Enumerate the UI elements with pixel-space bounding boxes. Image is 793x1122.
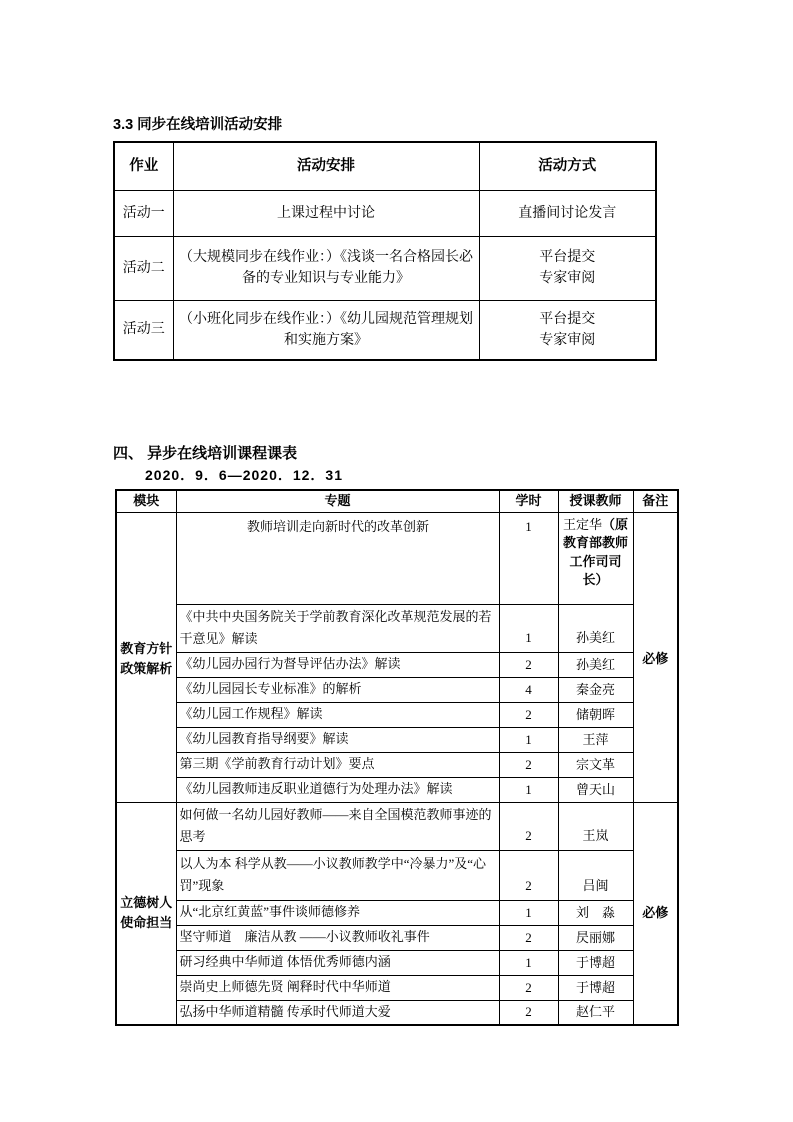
topic-cell: 《幼儿园教育指导纲要》解读 xyxy=(176,727,499,752)
course-row: 立德树人使命担当 如何做一名幼儿园好教师——来自全国模范教师事迹的思考 2 王岚… xyxy=(116,802,678,850)
topic-cell: 《幼儿园园长专业标准》的解析 xyxy=(176,677,499,702)
activity-row-3: 活动三 （小班化同步在线作业：）《幼儿园规范管理规划和实施方案》 平台提交 专家… xyxy=(114,300,656,360)
column-header-hours: 学时 xyxy=(499,490,558,512)
method-line-2: 专家审阅 xyxy=(482,330,654,351)
topic-cell: 第三期《学前教育行动计划》要点 xyxy=(176,752,499,777)
activity-arrangement-cell: （小班化同步在线作业：）《幼儿园规范管理规划和实施方案》 xyxy=(173,300,479,360)
hours-cell: 2 xyxy=(499,652,558,677)
topic-cell: 研习经典中华师道 体悟优秀师德内涵 xyxy=(176,950,499,975)
date-range: 2020．9．6—2020．12．31 xyxy=(145,467,679,484)
activity-table-header-row: 作业 活动安排 活动方式 xyxy=(114,142,656,190)
hours-cell: 2 xyxy=(499,752,558,777)
teacher-cell: 孙美红 xyxy=(558,652,633,677)
hours-cell: 2 xyxy=(499,702,558,727)
note-cell: 必修 xyxy=(633,512,678,802)
hours-cell: 1 xyxy=(499,777,558,802)
course-row: 第三期《学前教育行动计划》要点 2 宗文革 xyxy=(116,752,678,777)
teacher-cell: 王定华（原教育部教师工作司司长） xyxy=(558,512,633,604)
teacher-cell: 王萍 xyxy=(558,727,633,752)
teacher-cell: 曾天山 xyxy=(558,777,633,802)
hours-cell: 1 xyxy=(499,512,558,604)
activity-name-cell: 活动三 xyxy=(114,300,173,360)
topic-cell: 以人为本 科学从教——小议教师教学中“冷暴力”及“心罚”现象 xyxy=(176,850,499,900)
teacher-cell: 昃丽娜 xyxy=(558,925,633,950)
course-row: 以人为本 科学从教——小议教师教学中“冷暴力”及“心罚”现象 2 吕闽 xyxy=(116,850,678,900)
course-row: 弘扬中华师道精髓 传承时代师道大爱 2 赵仁平 xyxy=(116,1000,678,1025)
course-row: 坚守师道 廉洁从教 ——小议教师收礼事件 2 昃丽娜 xyxy=(116,925,678,950)
hours-cell: 2 xyxy=(499,850,558,900)
activity-row-1: 活动一 上课过程中讨论 直播间讨论发言 xyxy=(114,190,656,236)
column-header-teacher: 授课教师 xyxy=(558,490,633,512)
teacher-cell: 赵仁平 xyxy=(558,1000,633,1025)
course-row: 从“北京红黄蓝”事件谈师德修养 1 刘 淼 xyxy=(116,900,678,925)
topic-cell: 《中共中央国务院关于学前教育深化改革规范发展的若干意见》解读 xyxy=(176,604,499,652)
column-header-arrangement: 活动安排 xyxy=(173,142,479,190)
topic-cell: 教师培训走向新时代的改革创新 xyxy=(176,512,499,604)
course-table-header-row: 模块 专题 学时 授课教师 备注 xyxy=(116,490,678,512)
teacher-cell: 宗文革 xyxy=(558,752,633,777)
course-row: 《幼儿园园长专业标准》的解析 4 秦金亮 xyxy=(116,677,678,702)
teacher-cell: 孙美红 xyxy=(558,604,633,652)
hours-cell: 1 xyxy=(499,727,558,752)
module-cell: 教育方针政策解析 xyxy=(116,512,176,802)
teacher-cell: 储朝晖 xyxy=(558,702,633,727)
note-cell: 必修 xyxy=(633,802,678,1025)
teacher-name: 王定华 xyxy=(563,517,602,532)
topic-cell: 如何做一名幼儿园好教师——来自全国模范教师事迹的思考 xyxy=(176,802,499,850)
topic-cell: 崇尚史上师德先贤 阐释时代中华师道 xyxy=(176,975,499,1000)
hours-cell: 2 xyxy=(499,975,558,1000)
activity-arrangement-cell: 上课过程中讨论 xyxy=(173,190,479,236)
activity-row-2: 活动二 （大规模同步在线作业：）《浅谈一名合格园长必备的专业知识与专业能力》 平… xyxy=(114,236,656,300)
hours-cell: 2 xyxy=(499,1000,558,1025)
topic-cell: 坚守师道 廉洁从教 ——小议教师收礼事件 xyxy=(176,925,499,950)
method-line-1: 平台提交 xyxy=(482,247,654,268)
activity-arrangement-cell: （大规模同步在线作业：）《浅谈一名合格园长必备的专业知识与专业能力》 xyxy=(173,236,479,300)
document-content: 3.3 同步在线培训活动安排 作业 活动安排 活动方式 活动一 上课过程中讨论 … xyxy=(113,117,679,1026)
teacher-cell: 吕闽 xyxy=(558,850,633,900)
topic-cell: 《幼儿园工作规程》解读 xyxy=(176,702,499,727)
method-line-1: 平台提交 xyxy=(482,309,654,330)
activity-name-cell: 活动二 xyxy=(114,236,173,300)
topic-cell: 从“北京红黄蓝”事件谈师德修养 xyxy=(176,900,499,925)
teacher-cell: 刘 淼 xyxy=(558,900,633,925)
column-header-module: 模块 xyxy=(116,490,176,512)
module-cell: 立德树人使命担当 xyxy=(116,802,176,1025)
hours-cell: 2 xyxy=(499,925,558,950)
column-header-method: 活动方式 xyxy=(479,142,656,190)
activity-name-cell: 活动一 xyxy=(114,190,173,236)
column-header-note: 备注 xyxy=(633,490,678,512)
column-header-topic: 专题 xyxy=(176,490,499,512)
document-page: 3.3 同步在线培训活动安排 作业 活动安排 活动方式 活动一 上课过程中讨论 … xyxy=(0,0,793,1122)
column-header-assignment: 作业 xyxy=(114,142,173,190)
teacher-cell: 于博超 xyxy=(558,975,633,1000)
hours-cell: 1 xyxy=(499,900,558,925)
method-line-2: 专家审阅 xyxy=(482,268,654,289)
teacher-cell: 于博超 xyxy=(558,950,633,975)
hours-cell: 1 xyxy=(499,950,558,975)
course-table: 模块 专题 学时 授课教师 备注 教育方针政策解析 教师培训走向新时代的改革创新… xyxy=(115,489,679,1026)
activity-method-cell: 直播间讨论发言 xyxy=(479,190,656,236)
course-row: 《中共中央国务院关于学前教育深化改革规范发展的若干意见》解读 1 孙美红 xyxy=(116,604,678,652)
course-row: 《幼儿园工作规程》解读 2 储朝晖 xyxy=(116,702,678,727)
teacher-cell: 秦金亮 xyxy=(558,677,633,702)
topic-cell: 《幼儿园教师违反职业道德行为处理办法》解读 xyxy=(176,777,499,802)
course-row: 《幼儿园办园行为督导评估办法》解读 2 孙美红 xyxy=(116,652,678,677)
topic-cell: 弘扬中华师道精髓 传承时代师道大爱 xyxy=(176,1000,499,1025)
section-3-3-heading: 3.3 同步在线培训活动安排 xyxy=(113,117,679,134)
course-row: 研习经典中华师道 体悟优秀师德内涵 1 于博超 xyxy=(116,950,678,975)
activity-method-cell: 平台提交 专家审阅 xyxy=(479,300,656,360)
course-row: 崇尚史上师德先贤 阐释时代中华师道 2 于博超 xyxy=(116,975,678,1000)
hours-cell: 4 xyxy=(499,677,558,702)
hours-cell: 2 xyxy=(499,802,558,850)
topic-cell: 《幼儿园办园行为督导评估办法》解读 xyxy=(176,652,499,677)
activity-table: 作业 活动安排 活动方式 活动一 上课过程中讨论 直播间讨论发言 活动二 （大规… xyxy=(113,141,657,361)
activity-method-cell: 平台提交 专家审阅 xyxy=(479,236,656,300)
section-4-heading: 四、 异步在线培训课程课表 xyxy=(113,445,679,463)
hours-cell: 1 xyxy=(499,604,558,652)
course-row: 教育方针政策解析 教师培训走向新时代的改革创新 1 王定华（原教育部教师工作司司… xyxy=(116,512,678,604)
course-row: 《幼儿园教育指导纲要》解读 1 王萍 xyxy=(116,727,678,752)
course-row: 《幼儿园教师违反职业道德行为处理办法》解读 1 曾天山 xyxy=(116,777,678,802)
teacher-cell: 王岚 xyxy=(558,802,633,850)
